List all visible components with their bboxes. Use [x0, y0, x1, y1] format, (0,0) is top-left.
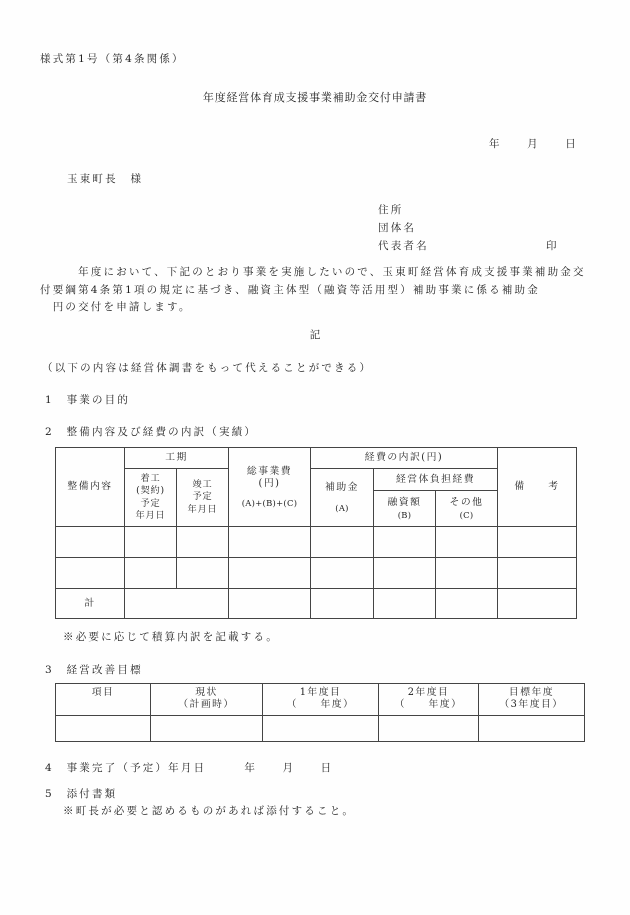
t1-header-chakkou: 着工 (契約) 予定 年月日	[125, 469, 177, 527]
t1-empty-cell	[374, 527, 436, 558]
t1-yuushigaku-sub: (B)	[374, 510, 435, 520]
addressee-line: 玉東町長 様	[67, 171, 143, 186]
t2-empty-cell	[151, 716, 263, 742]
t1-total-cell	[311, 589, 374, 619]
t2-empty-cell	[263, 716, 379, 742]
t2-genjou-line1: 現状	[151, 687, 262, 699]
improvement-goal-table: 項目 現状 （計画時） 1年度目 （ 年度） 2年度目 （ 年度） 目標年度 （…	[55, 683, 585, 742]
representative-label: 代表者名	[378, 238, 429, 256]
t1-empty-cell	[436, 527, 498, 558]
section-4-line: 4 事業完了（予定）年月日 年 月 日	[45, 760, 333, 775]
t2-header-year1: 1年度目 （ 年度）	[263, 684, 379, 716]
t2-header-genjou: 現状 （計画時）	[151, 684, 263, 716]
form-number: 様式第1号（第4条関係）	[40, 51, 185, 66]
t1-empty-cell	[229, 558, 311, 589]
t1-empty-cell	[177, 527, 229, 558]
t1-total-cell	[436, 589, 498, 619]
table1-footnote: ※必要に応じて積算内訳を記載する。	[63, 629, 279, 644]
t2-empty-cell	[379, 716, 479, 742]
t1-empty-cell	[498, 558, 577, 589]
t1-empty-cell	[436, 558, 498, 589]
t1-hojokin-label: 補助金	[311, 482, 373, 494]
t1-header-sonota: その他 (C)	[436, 491, 498, 527]
t2-year1-line1: 1年度目	[263, 687, 378, 699]
t1-sonota-label: その他	[436, 497, 497, 509]
substitution-note: （以下の内容は経営体調書をもって代えることができる）	[42, 360, 372, 375]
t2-header-koumoku: 項目	[56, 684, 151, 716]
body-paragraph: 年度において、下記のとおり事業を実施したいので、玉東町経営体育成支援事業補助金交…	[40, 264, 595, 317]
t1-hojokin-sub: (A)	[311, 503, 373, 513]
cost-breakdown-table: 整備内容 工期 総事業費 (円) (A)+(B)+(C) 経費の内訳(円) 備 …	[55, 447, 577, 619]
seal-mark: 印	[546, 238, 559, 253]
t1-total-merged-cell	[125, 589, 229, 619]
t1-empty-cell	[125, 558, 177, 589]
t1-header-seibi-naiyou: 整備内容	[56, 448, 125, 527]
t2-target-line2: （3年度目）	[479, 699, 584, 712]
t2-empty-cell	[479, 716, 585, 742]
t1-total-cell	[498, 589, 577, 619]
t1-header-shunkou: 竣工 予定 年月日	[177, 469, 229, 527]
t1-empty-cell	[56, 527, 125, 558]
t1-empty-cell	[177, 558, 229, 589]
t1-yuushigaku-label: 融資額	[374, 497, 435, 509]
document-title: 年度経営体育成支援事業補助金交付申請書	[0, 89, 630, 105]
t2-year2-line1: 2年度目	[379, 687, 478, 699]
t1-empty-cell	[374, 558, 436, 589]
t1-empty-cell	[311, 527, 374, 558]
t1-empty-cell	[56, 558, 125, 589]
t1-empty-cell	[125, 527, 177, 558]
t1-header-keieitai-futan: 経営体負担経費	[374, 469, 498, 491]
body-line-2: 付要綱第4条第1項の規定に基づき、融資主体型（融資等活用型）補助事業に係る補助金	[40, 282, 595, 300]
t2-target-line1: 目標年度	[479, 687, 584, 699]
t2-empty-cell	[56, 716, 151, 742]
t1-header-kouki: 工期	[125, 448, 229, 469]
date-line: 年 月 日	[489, 136, 578, 151]
section-5-heading: 5 添付書類	[45, 786, 117, 801]
t1-sou-jigyouhi-formula: (A)+(B)+(C)	[229, 498, 310, 508]
applicant-block: 住所 団体名 代表者名	[378, 202, 429, 255]
t1-total-cell	[229, 589, 311, 619]
section-5-note: ※町長が必要と認めるものがあれば添付すること。	[63, 803, 355, 818]
t1-empty-cell	[229, 527, 311, 558]
t1-total-cell	[374, 589, 436, 619]
t1-header-yuushigaku: 融資額 (B)	[374, 491, 436, 527]
group-name-label: 団体名	[378, 220, 429, 238]
t2-year2-line2: （ 年度）	[379, 699, 478, 712]
t1-empty-cell	[498, 527, 577, 558]
t2-year1-line2: （ 年度）	[263, 699, 378, 712]
section-3-heading: 3 経営改善目標	[45, 662, 143, 677]
document-page: 様式第1号（第4条関係） 年度経営体育成支援事業補助金交付申請書 年 月 日 玉…	[0, 0, 630, 915]
t2-koumoku-line1: 項目	[56, 687, 150, 699]
t2-koumoku-line2	[56, 699, 150, 712]
t1-header-bikou: 備 考	[498, 448, 577, 527]
t2-genjou-line2: （計画時）	[151, 699, 262, 712]
t2-header-target-year: 目標年度 （3年度目）	[479, 684, 585, 716]
body-line-3: 円の交付を申請します。	[40, 299, 595, 317]
body-line-1: 年度において、下記のとおり事業を実施したいので、玉東町経営体育成支援事業補助金交	[40, 264, 595, 282]
section-2-heading: 2 整備内容及び経費の内訳（実績）	[45, 424, 257, 439]
t1-total-label: 計	[56, 589, 125, 619]
t1-header-keihi-uchiwake: 経費の内訳(円)	[311, 448, 498, 469]
t1-sou-jigyouhi-label: 総事業費 (円)	[229, 466, 310, 490]
section-1-heading: 1 事業の目的	[45, 392, 130, 407]
t1-empty-cell	[311, 558, 374, 589]
address-label: 住所	[378, 202, 429, 220]
t2-header-year2: 2年度目 （ 年度）	[379, 684, 479, 716]
t1-header-sou-jigyouhi: 総事業費 (円) (A)+(B)+(C)	[229, 448, 311, 527]
t1-header-hojokin: 補助金 (A)	[311, 469, 374, 527]
record-mark: 記	[0, 327, 630, 342]
t1-sonota-sub: (C)	[436, 510, 497, 520]
